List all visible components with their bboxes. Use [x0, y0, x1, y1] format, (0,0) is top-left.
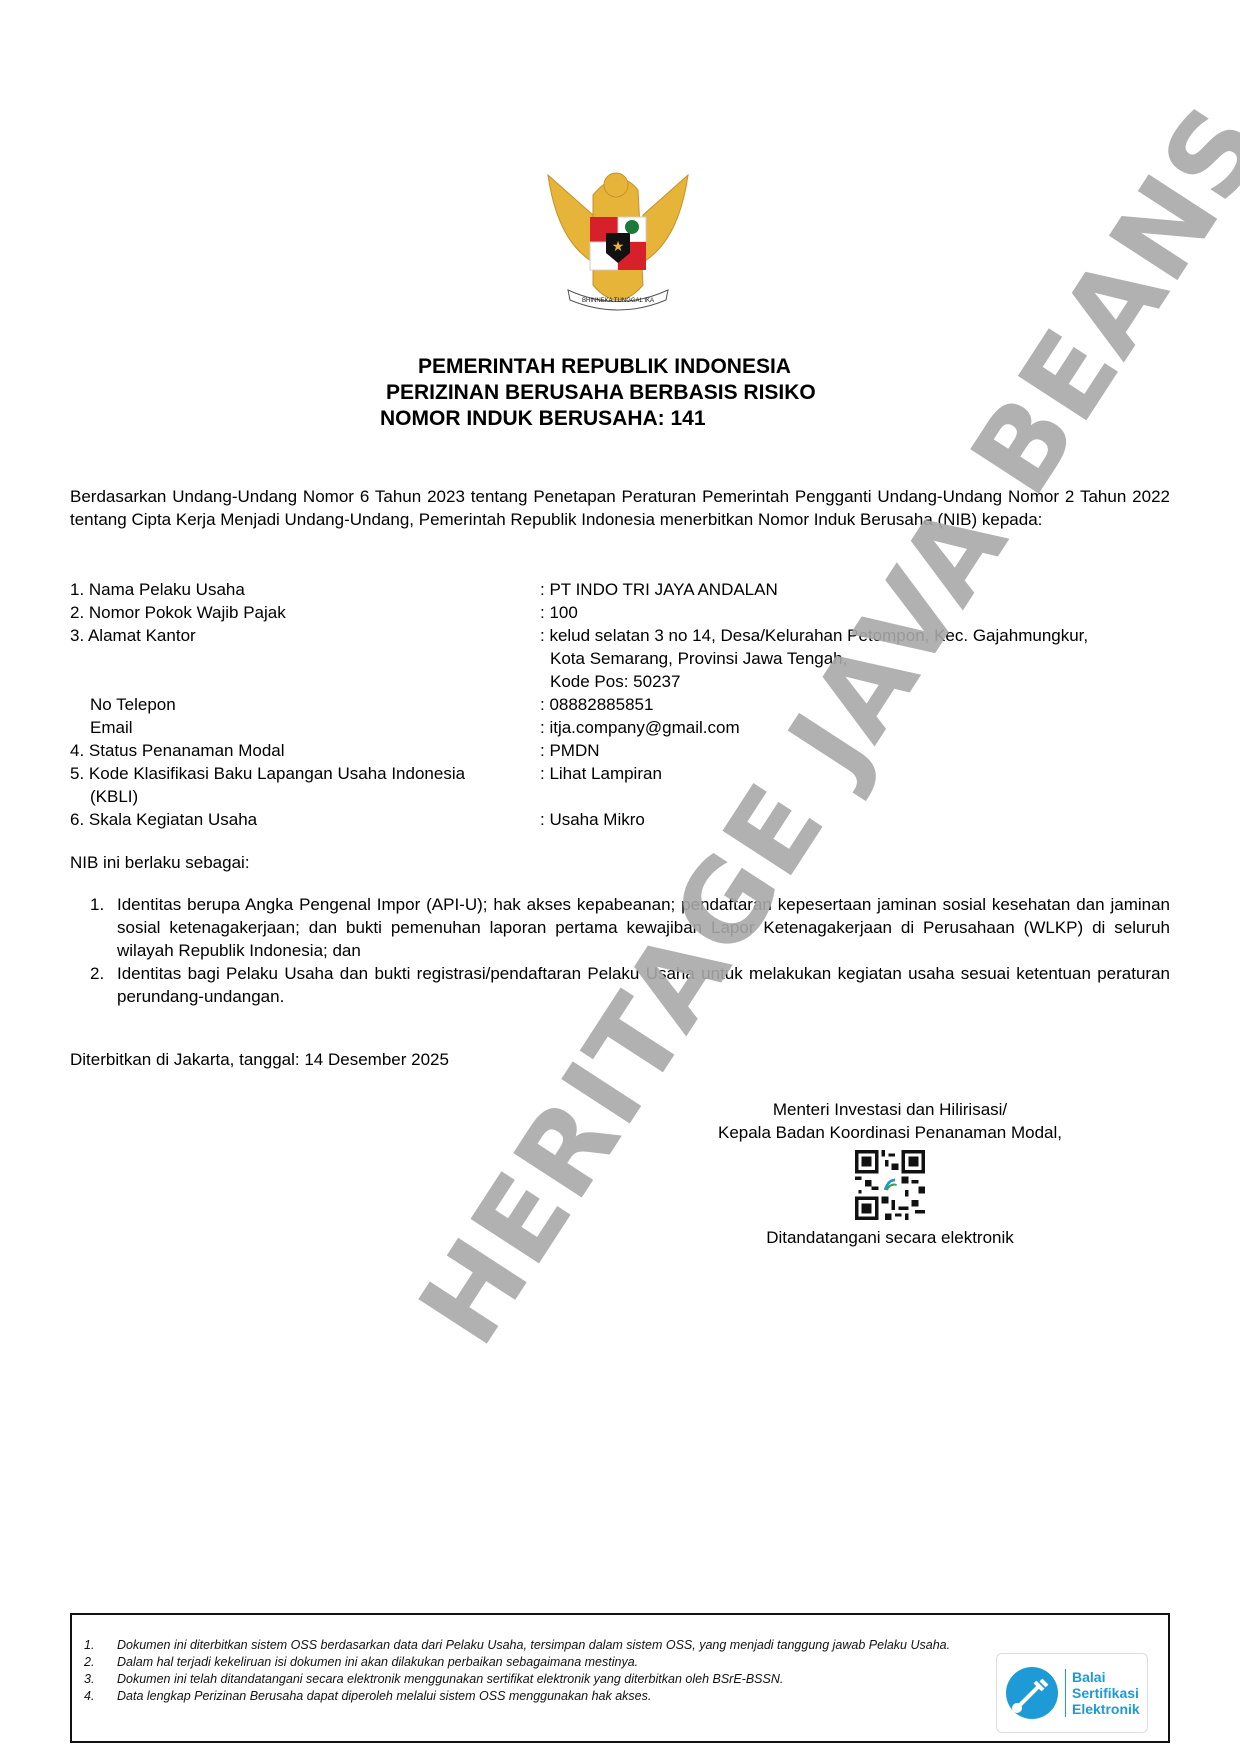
- note-text: Dokumen ini diterbitkan sistem OSS berda…: [117, 1637, 950, 1654]
- field-value: : Usaha Mikro: [540, 808, 1180, 831]
- field-value-email: : itja.company@gmail.com: [540, 716, 1180, 739]
- field-label: 3. Alamat Kantor: [70, 624, 540, 693]
- footer-notes: 1.Dokumen ini diterbitkan sistem OSS ber…: [84, 1637, 1004, 1705]
- field-label: 5. Kode Klasifikasi Baku Lapangan Usaha …: [70, 762, 540, 808]
- field-value: : Lihat Lampiran: [540, 762, 1180, 808]
- issue-date: Diterbitkan di Jakarta, tanggal: 14 Dese…: [70, 1050, 449, 1070]
- address-line-3: Kode Pos: 50237: [540, 670, 1180, 693]
- list-text: Identitas berupa Angka Pengenal Impor (A…: [117, 893, 1170, 962]
- field-label-line-1: 5. Kode Klasifikasi Baku Lapangan Usaha …: [70, 764, 465, 783]
- field-value: : 08882885851: [540, 693, 1180, 716]
- title-licensing: PERIZINAN BERUSAHA BERBASIS RISIKO: [386, 381, 816, 405]
- field-value: : PMDN: [540, 739, 1180, 762]
- bsre-logo: Balai Sertifikasi Elektronik: [996, 1653, 1148, 1733]
- note-number: 3.: [84, 1671, 117, 1688]
- logo-text-1: Balai: [1072, 1669, 1140, 1685]
- note-number: 2.: [84, 1654, 117, 1671]
- signatory-title-1: Menteri Investasi dan Hilirisasi/: [680, 1098, 1100, 1121]
- key-icon: [1003, 1664, 1061, 1722]
- field-row: 6. Skala Kegiatan Usaha : Usaha Mikro: [70, 808, 1180, 831]
- title-nib-number: NOMOR INDUK BERUSAHA: 141: [380, 407, 706, 431]
- address-line-1: : kelud selatan 3 no 14, Desa/Kelurahan …: [540, 626, 1088, 645]
- field-value: : PT INDO TRI JAYA ANDALAN: [540, 578, 1180, 601]
- svg-text:★: ★: [612, 238, 625, 254]
- field-row: No Telepon : 08882885851: [70, 693, 1180, 716]
- field-row: 2. Nomor Pokok Wajib Pajak : 100: [70, 601, 1180, 624]
- logo-text-2: Sertifikasi: [1072, 1685, 1140, 1701]
- field-label: 1. Nama Pelaku Usaha: [70, 578, 540, 601]
- address-line-2: Kota Semarang, Provinsi Jawa Tengah,: [540, 647, 1180, 670]
- field-label-line-2: (KBLI): [70, 787, 138, 806]
- bsre-logo-text: Balai Sertifikasi Elektronik: [1065, 1669, 1140, 1717]
- validity-heading: NIB ini berlaku sebagai:: [70, 853, 250, 873]
- field-label: Email: [70, 716, 540, 739]
- intro-paragraph: Berdasarkan Undang-Undang Nomor 6 Tahun …: [70, 485, 1170, 531]
- footer-note: 3.Dokumen ini telah ditandatangani secar…: [84, 1671, 1004, 1688]
- field-label: 6. Skala Kegiatan Usaha: [70, 808, 540, 831]
- field-row: 3. Alamat Kantor : kelud selatan 3 no 14…: [70, 624, 1180, 693]
- signatory-title-2: Kepala Badan Koordinasi Penanaman Modal,: [680, 1121, 1100, 1144]
- garuda-emblem-icon: ★ BHINNEKA TUNGGAL IKA: [538, 155, 698, 330]
- note-number: 4.: [84, 1688, 117, 1705]
- field-label: 4. Status Penanaman Modal: [70, 739, 540, 762]
- footer-note: 1.Dokumen ini diterbitkan sistem OSS ber…: [84, 1637, 1004, 1654]
- note-text: Dalam hal terjadi kekeliruan isi dokumen…: [117, 1654, 638, 1671]
- qr-code-icon[interactable]: [855, 1150, 925, 1220]
- footer-note: 4.Data lengkap Perizinan Berusaha dapat …: [84, 1688, 1004, 1705]
- field-row: 5. Kode Klasifikasi Baku Lapangan Usaha …: [70, 762, 1180, 808]
- note-text: Dokumen ini telah ditandatangani secara …: [117, 1671, 783, 1688]
- list-item: 2. Identitas bagi Pelaku Usaha dan bukti…: [90, 962, 1170, 1008]
- list-text: Identitas bagi Pelaku Usaha dan bukti re…: [117, 962, 1170, 1008]
- logo-text-3: Elektronik: [1072, 1701, 1140, 1717]
- svg-text:BHINNEKA TUNGGAL IKA: BHINNEKA TUNGGAL IKA: [582, 298, 654, 304]
- field-label: 2. Nomor Pokok Wajib Pajak: [70, 601, 540, 624]
- field-row: 4. Status Penanaman Modal : PMDN: [70, 739, 1180, 762]
- footer-notes-box: 1.Dokumen ini diterbitkan sistem OSS ber…: [70, 1613, 1170, 1743]
- list-number: 1.: [90, 893, 117, 962]
- footer-note: 2.Dalam hal terjadi kekeliruan isi dokum…: [84, 1654, 1004, 1671]
- list-number: 2.: [90, 962, 117, 1008]
- business-fields: 1. Nama Pelaku Usaha : PT INDO TRI JAYA …: [70, 578, 1180, 831]
- field-value-address: : kelud selatan 3 no 14, Desa/Kelurahan …: [540, 624, 1180, 693]
- field-value: : 100: [540, 601, 1180, 624]
- validity-list: 1. Identitas berupa Angka Pengenal Impor…: [90, 893, 1170, 1008]
- signature-block: Menteri Investasi dan Hilirisasi/ Kepala…: [680, 1098, 1100, 1249]
- note-number: 1.: [84, 1637, 117, 1654]
- field-row: 1. Nama Pelaku Usaha : PT INDO TRI JAYA …: [70, 578, 1180, 601]
- signature-caption: Ditandatangani secara elektronik: [680, 1226, 1100, 1249]
- title-government: PEMERINTAH REPUBLIK INDONESIA: [418, 355, 791, 379]
- field-label: No Telepon: [70, 693, 540, 716]
- list-item: 1. Identitas berupa Angka Pengenal Impor…: [90, 893, 1170, 962]
- note-text: Data lengkap Perizinan Berusaha dapat di…: [117, 1688, 651, 1705]
- field-row: Email : itja.company@gmail.com: [70, 716, 1180, 739]
